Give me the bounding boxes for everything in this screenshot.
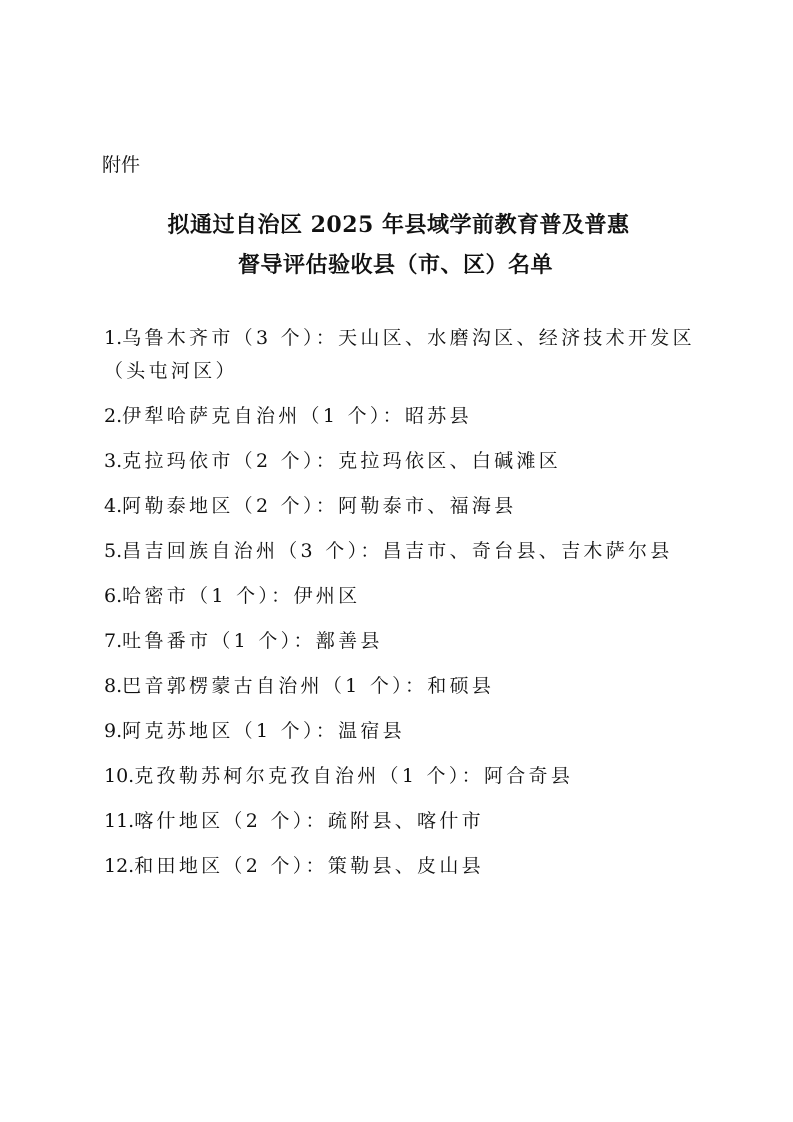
item-number: 3. [104,450,122,472]
list-item: 6.哈密市（1 个）：伊州区 [104,580,704,613]
list-item: 3.克拉玛依市（2 个）：克拉玛依区、白碱滩区 [104,445,704,478]
list-item: 4.阿勒泰地区（2 个）：阿勒泰市、福海县 [104,490,704,523]
list-item: 11.喀什地区（2 个）：疏附县、喀什市 [104,805,704,838]
item-text: 阿勒泰地区（2 个）：阿勒泰市、福海县 [122,495,516,517]
item-text: 克孜勒苏柯尔克孜自治州（1 个）：阿合奇县 [134,765,573,787]
document-title-line-1: 拟通过自治区 2025 年县域学前教育普及普惠 [2,208,793,239]
list-item: 12.和田地区（2 个）：策勒县、皮山县 [104,850,704,883]
item-number: 12. [104,855,134,877]
item-text: 阿克苏地区（1 个）：温宿县 [122,720,405,742]
item-text: 吐鲁番市（1 个）：鄯善县 [122,630,383,652]
item-number: 11. [104,810,134,832]
document-title-line-2: 督导评估验收县（市、区）名单 [0,248,792,279]
document-page: 附件 拟通过自治区 2025 年县域学前教育普及普惠 督导评估验收县（市、区）名… [0,0,793,1122]
item-text: 巴音郭楞蒙古自治州（1 个）：和硕县 [122,675,494,697]
item-number: 6. [104,585,122,607]
list-item: 10.克孜勒苏柯尔克孜自治州（1 个）：阿合奇县 [104,760,704,793]
item-text: 克拉玛依市（2 个）：克拉玛依区、白碱滩区 [122,450,561,472]
attachment-label: 附件 [102,150,140,177]
item-number: 2. [104,405,122,427]
item-text: 哈密市（1 个）：伊州区 [122,585,360,607]
item-number: 8. [104,675,122,697]
list-item: 5.昌吉回族自治州（3 个）：昌吉市、奇台县、吉木萨尔县 [104,535,704,568]
list-item: 8.巴音郭楞蒙古自治州（1 个）：和硕县 [104,670,704,703]
county-list: 1.乌鲁木齐市（3 个）：天山区、水磨沟区、经济技术开发区（头屯河区） 2.伊犁… [104,322,704,895]
item-number: 4. [104,495,122,517]
list-item: 9.阿克苏地区（1 个）：温宿县 [104,715,704,748]
list-item: 1.乌鲁木齐市（3 个）：天山区、水磨沟区、经济技术开发区（头屯河区） [104,322,704,388]
list-item: 7.吐鲁番市（1 个）：鄯善县 [104,625,704,658]
item-number: 7. [104,630,122,652]
item-number: 9. [104,720,122,742]
item-text: 昌吉回族自治州（3 个）：昌吉市、奇台县、吉木萨尔县 [122,540,672,562]
item-text: 和田地区（2 个）：策勒县、皮山县 [134,855,484,877]
item-text: 喀什地区（2 个）：疏附县、喀什市 [134,810,484,832]
item-text: 乌鲁木齐市（3 个）：天山区、水磨沟区、经济技术开发区（头屯河区） [104,327,695,382]
item-number: 5. [104,540,122,562]
list-item: 2.伊犁哈萨克自治州（1 个）：昭苏县 [104,400,704,433]
item-number: 10. [104,765,134,787]
item-number: 1. [104,327,122,349]
item-text: 伊犁哈萨克自治州（1 个）：昭苏县 [122,405,472,427]
